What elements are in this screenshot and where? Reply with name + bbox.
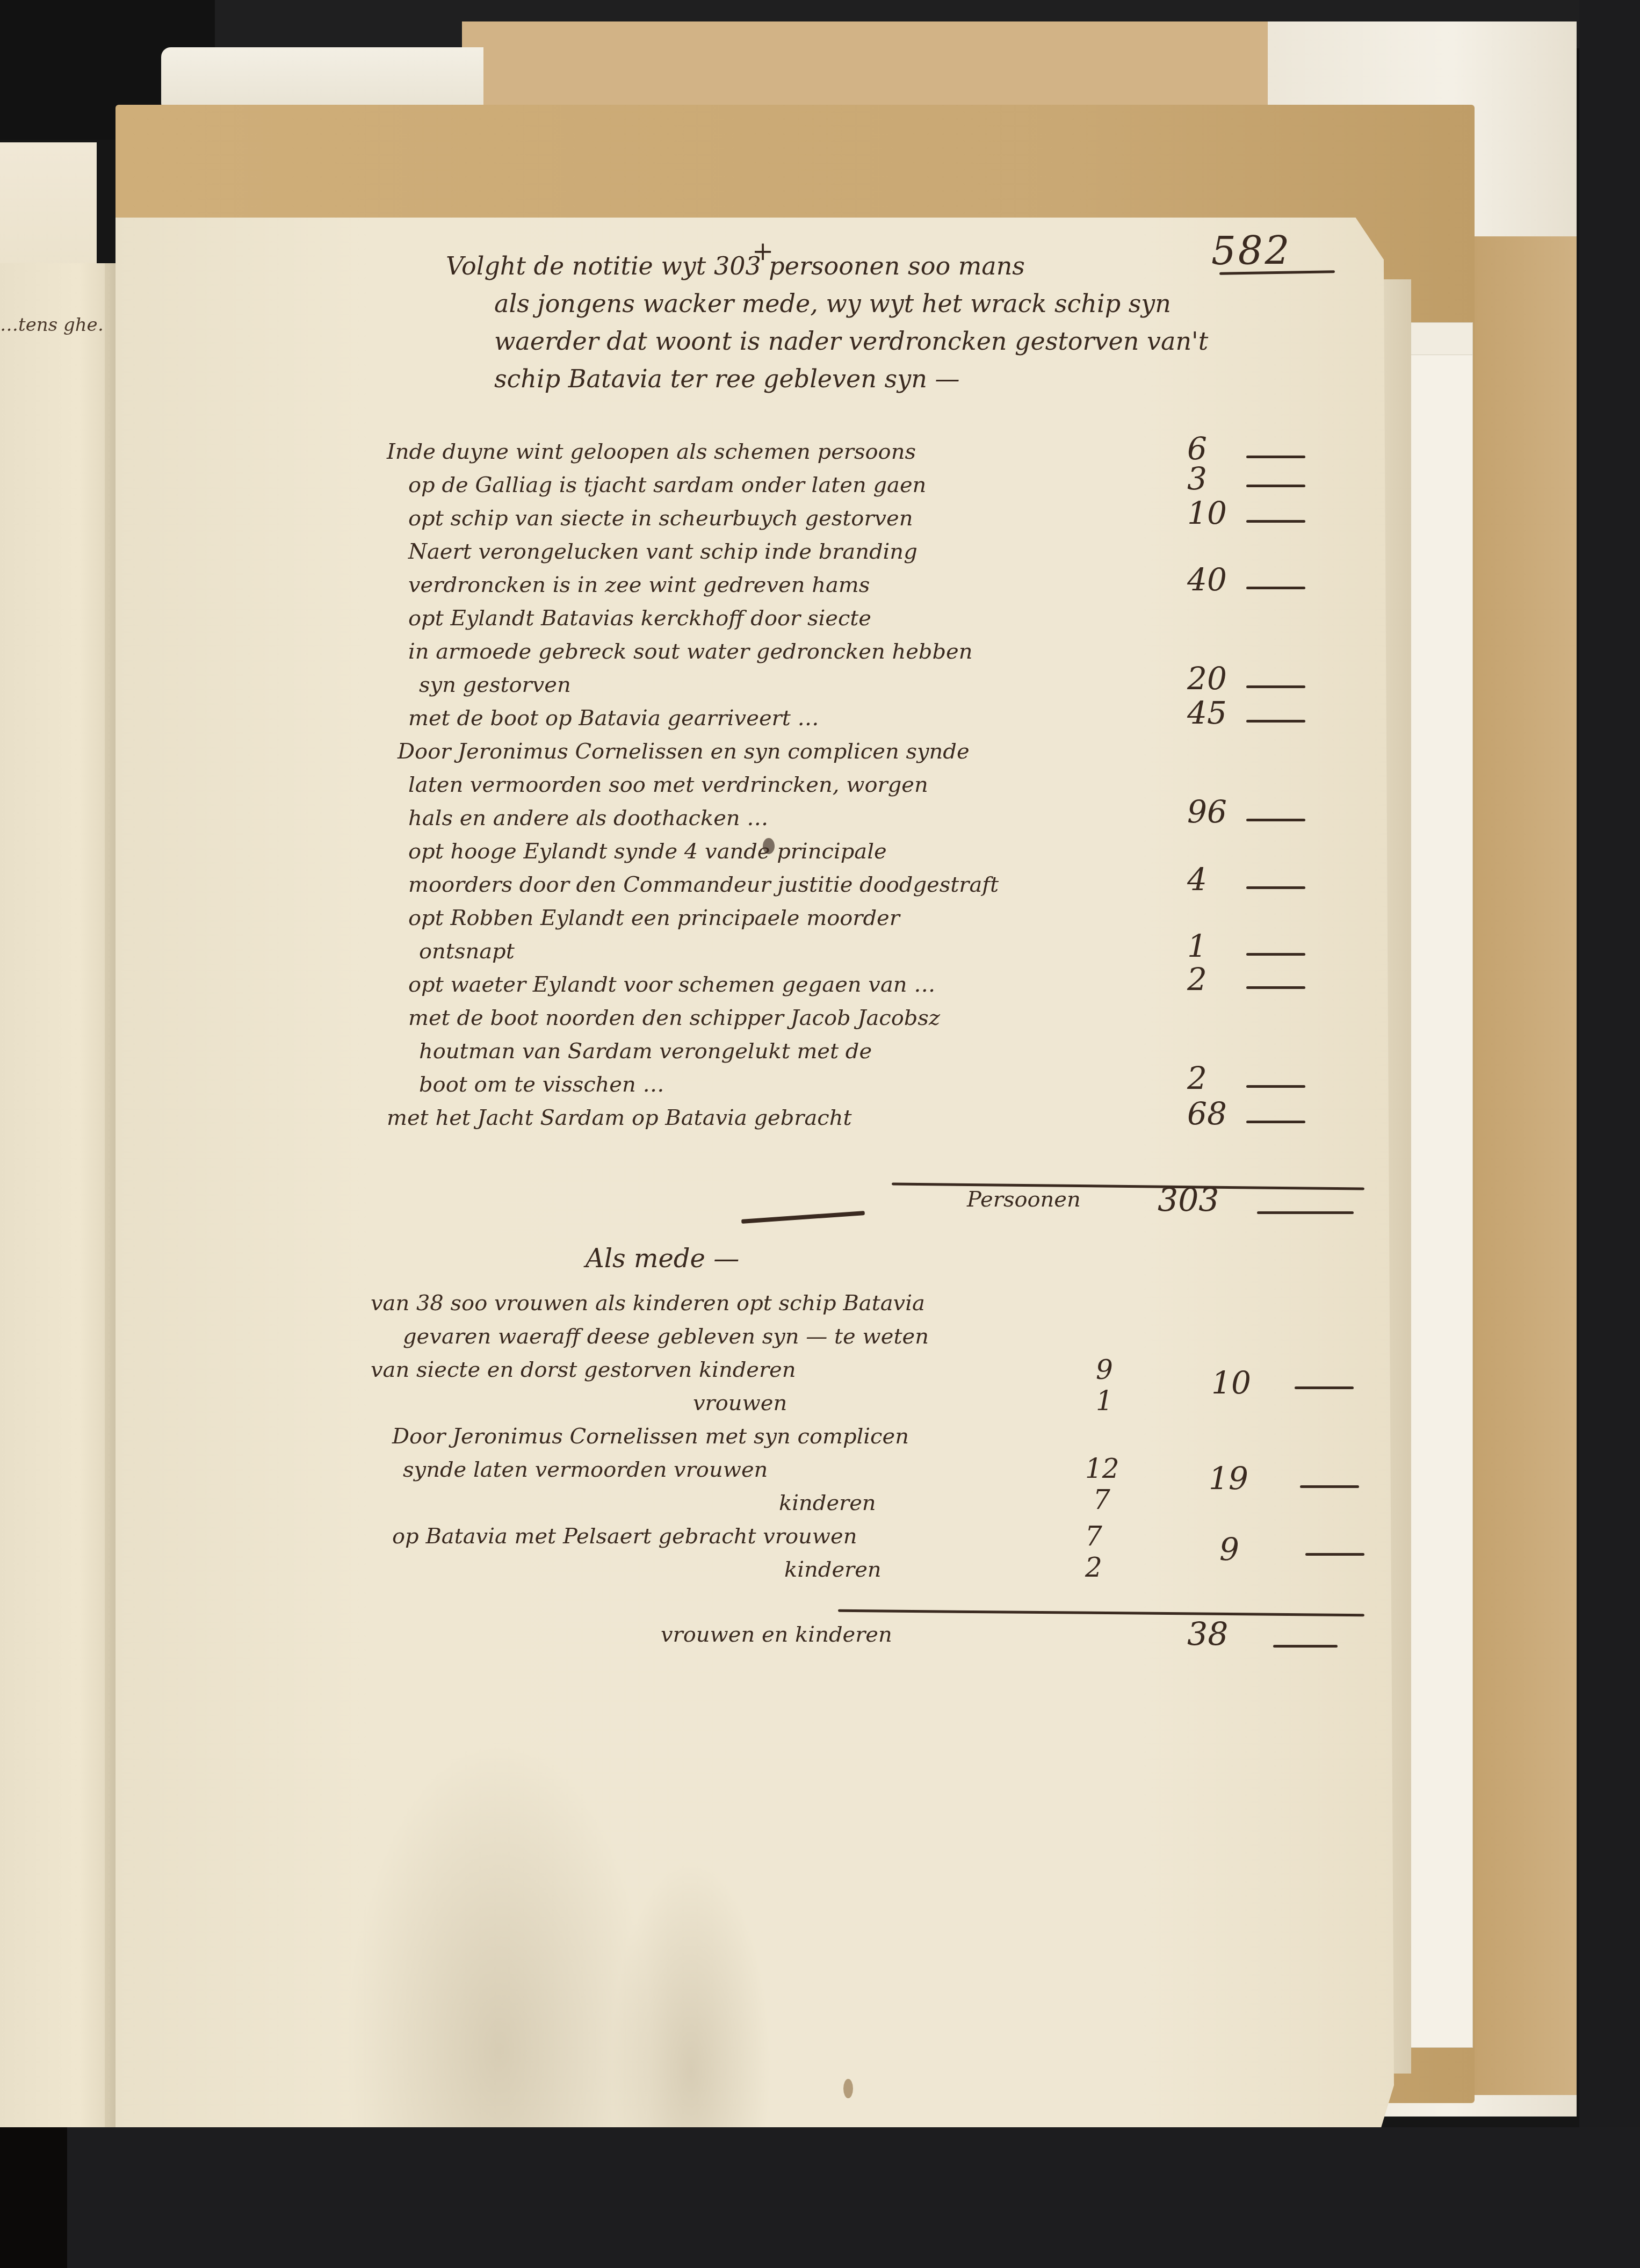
heading-line: als jongens wacker mede, wy wyt het wrac… <box>446 285 1327 322</box>
entry-count: 2 <box>1187 1061 1207 1095</box>
entry-text: ontsnapt <box>387 935 1370 968</box>
entry-dash <box>1246 819 1305 821</box>
sub-count: 7 <box>1085 1520 1102 1553</box>
sub-count: 9 <box>1096 1353 1113 1386</box>
entry-count: 96 <box>1187 795 1227 828</box>
entry-text: opt waeter Eylandt voor schemen gegaen v… <box>387 968 1370 1001</box>
entry-dash <box>1300 1485 1359 1488</box>
total-dash <box>1257 1211 1354 1214</box>
left-page-text: …tens ghe… <box>0 314 116 336</box>
intro-text: gevaren waeraff deese gebleven syn — te … <box>371 1320 1370 1353</box>
intro-line: van 38 soo vrouwen als kinderen opt schi… <box>371 1287 1370 1320</box>
left-page <box>0 263 113 2127</box>
entry-dash <box>1246 520 1305 523</box>
entry-dash <box>1246 587 1305 589</box>
total-label: vrouwen en kinderen <box>661 1622 892 1647</box>
list-item: opt schip van siecte in scheurbuych gest… <box>387 502 1370 535</box>
entry-text: met de boot noorden den schipper Jacob J… <box>387 1001 1370 1035</box>
list-item: Door Jeronimus Cornelissen en syn compli… <box>387 735 1370 835</box>
entry-count: 3 <box>1187 462 1207 495</box>
entry-count: 9 <box>1219 1533 1239 1566</box>
sub-count: 2 <box>1085 1551 1102 1584</box>
sub-count: 7 <box>1093 1483 1110 1516</box>
entry-dash <box>1305 1553 1364 1556</box>
entry-dash <box>1246 1085 1305 1088</box>
list-item: met het Jacht Sardam op Batavia gebracht… <box>387 1101 1370 1135</box>
sub-count: 1 <box>1096 1384 1113 1418</box>
entry-count: 1 <box>1187 929 1207 963</box>
tan-folder-back <box>462 21 1268 107</box>
entry-dash <box>1246 986 1305 989</box>
list-item: met de boot noorden den schipper Jacob J… <box>387 1001 1370 1101</box>
list-item: Naert verongelucken vant schip inde bran… <box>387 535 1370 602</box>
entry-count: 20 <box>1187 662 1227 695</box>
entry-dash <box>1246 1121 1305 1123</box>
sub-count: 12 <box>1085 1452 1119 1485</box>
total-label: Persoonen <box>967 1187 1081 1212</box>
list-item: van siecte en dorst gestorven kinderen v… <box>371 1353 1370 1420</box>
heading-line: Volght de notitie wyt 303 persoonen soo … <box>446 247 1327 285</box>
entry-dash <box>1246 485 1305 487</box>
section-title: Als mede — <box>586 1244 739 1274</box>
entry-dash <box>1246 685 1305 688</box>
entry-text: opt Eylandt Batavias kerckhoff door siec… <box>387 602 1370 635</box>
page-heading: Volght de notitie wyt 303 persoonen soo … <box>446 247 1327 398</box>
total-count: 38 <box>1187 1616 1228 1653</box>
total-count: 303 <box>1158 1182 1219 1219</box>
entry-dash <box>1246 886 1305 889</box>
entry-text: opt hooge Eylandt synde 4 vande principa… <box>387 835 1370 868</box>
rolled-white-sheet <box>161 47 483 113</box>
entry-count: 2 <box>1187 963 1207 996</box>
women-children-list: van 38 soo vrouwen als kinderen opt schi… <box>371 1287 1370 1586</box>
intro-line: gevaren waeraff deese gebleven syn — te … <box>371 1320 1370 1353</box>
entry-text: moorders door den Commandeur justitie do… <box>387 868 1370 901</box>
entry-count: 45 <box>1187 696 1227 729</box>
entry-text: Inde duyne wint geloopen als schemen per… <box>387 435 1370 468</box>
tan-folder-strip <box>1475 236 1577 2095</box>
entry-count: 19 <box>1209 1462 1248 1495</box>
casualty-list: Inde duyne wint geloopen als schemen per… <box>387 435 1370 1135</box>
entry-count: 4 <box>1187 863 1207 896</box>
left-leaf-top <box>0 142 97 266</box>
heading-line: waerder dat woont is nader verdroncken g… <box>446 322 1327 360</box>
stain-spot <box>843 2079 853 2098</box>
intro-text: van 38 soo vrouwen als kinderen opt schi… <box>371 1287 1370 1320</box>
list-item: opt Robben Eylandt een principaele moord… <box>387 901 1370 968</box>
entry-text: Door Jeronimus Cornelissen en syn compli… <box>387 735 1370 768</box>
entry-text: houtman van Sardam verongelukt met de <box>387 1035 1370 1068</box>
entry-count: 10 <box>1187 496 1227 530</box>
list-item: op Batavia met Pelsaert gebracht vrouwen… <box>371 1520 1370 1586</box>
list-item: Door Jeronimus Cornelissen met syn compl… <box>371 1420 1370 1520</box>
entry-text: opt Robben Eylandt een principaele moord… <box>387 901 1370 935</box>
list-item: opt Eylandt Batavias kerckhoff door siec… <box>387 602 1370 702</box>
background-right <box>1579 0 1640 2268</box>
entry-dash <box>1295 1386 1354 1389</box>
entry-count: 40 <box>1187 563 1227 596</box>
entry-count: 10 <box>1211 1366 1251 1399</box>
entry-dash <box>1246 720 1305 723</box>
entry-dash <box>1246 456 1305 458</box>
entry-dash <box>1246 953 1305 956</box>
background-bottom-left <box>0 2127 67 2268</box>
background-bottom <box>0 2127 1640 2268</box>
list-item: met de boot op Batavia gearriveert … 45 <box>387 702 1370 735</box>
list-item: Inde duyne wint geloopen als schemen per… <box>387 435 1370 468</box>
list-item: opt waeter Eylandt voor schemen gegaen v… <box>387 968 1370 1001</box>
entry-count: 68 <box>1187 1097 1227 1130</box>
heading-line: schip Batavia ter ree gebleven syn — <box>446 360 1327 398</box>
total-dash <box>1273 1645 1338 1648</box>
entry-text: Door Jeronimus Cornelissen met syn compl… <box>371 1420 1370 1453</box>
list-item: opt hooge Eylandt synde 4 vande principa… <box>387 835 1370 901</box>
